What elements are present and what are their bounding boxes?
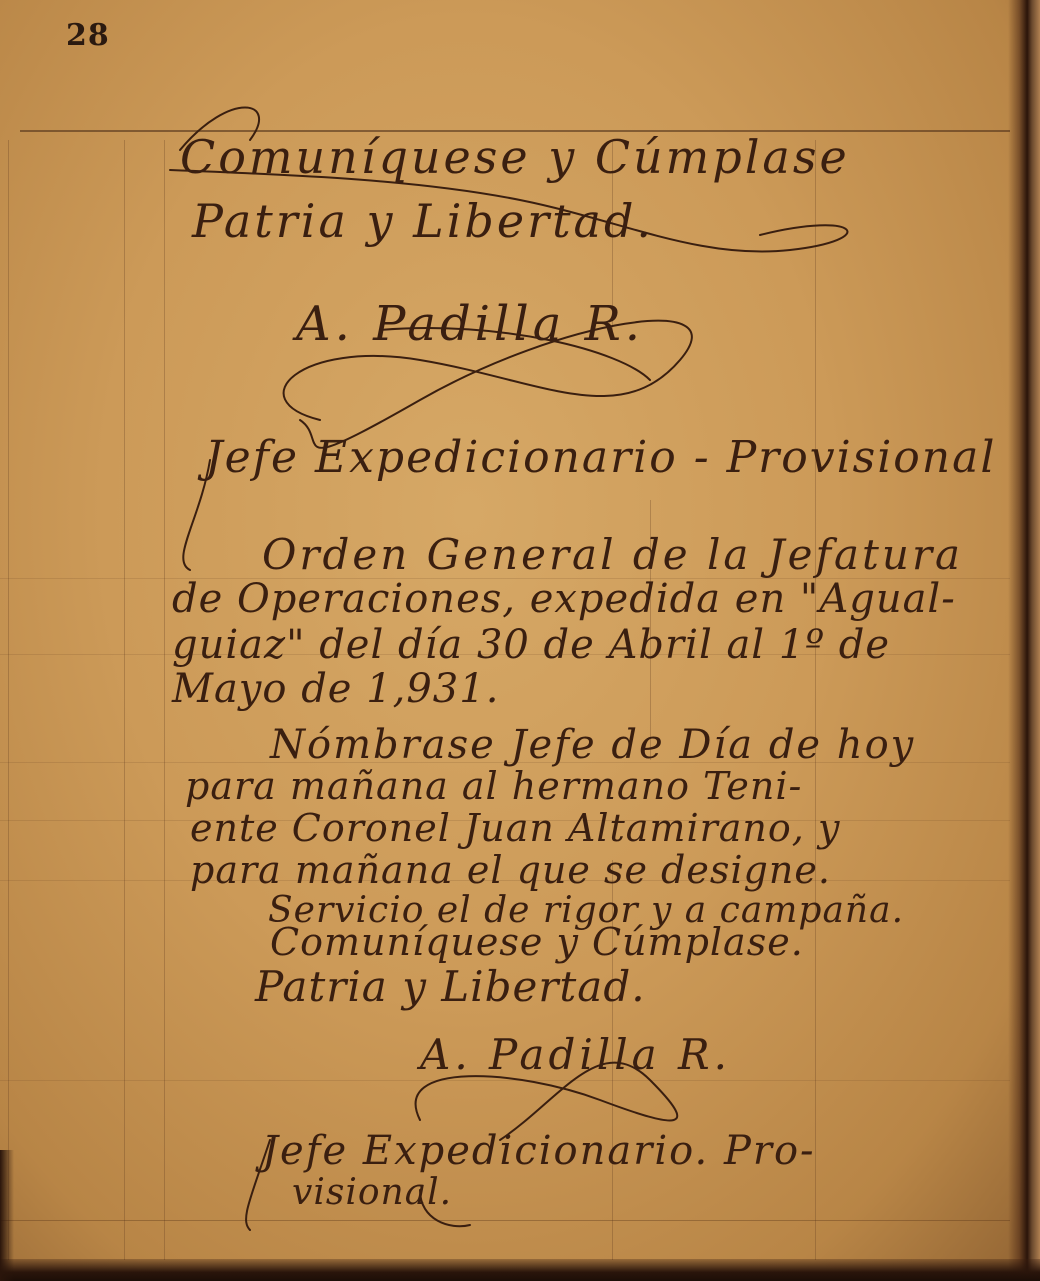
ledger-page: 28 Comuníquese y Cúmplase Patria y Liber… xyxy=(0,0,1040,1281)
signature-flourishes xyxy=(0,0,1040,1281)
flourish-signature-loop-3 xyxy=(416,1063,678,1140)
flourish-swash-2 xyxy=(180,108,259,151)
flourish-jefe-descender xyxy=(183,460,210,570)
flourish-signature-loop-1 xyxy=(284,321,692,448)
flourish-jefe-descender-2 xyxy=(246,1140,270,1230)
flourish-visional-tail xyxy=(420,1190,470,1226)
flourish-swash-1 xyxy=(170,170,847,252)
